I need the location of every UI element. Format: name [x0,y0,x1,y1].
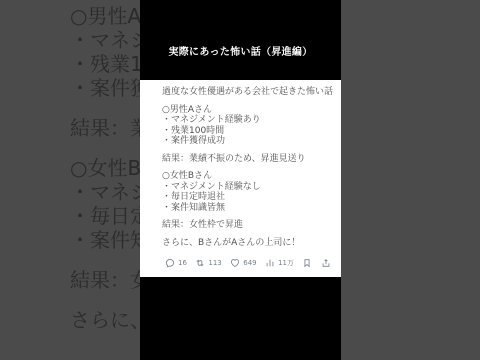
share-icon [321,258,331,268]
bg-line: ○男性Aさん [70,4,140,28]
tweet-line: ・マネジメント経験あり [162,115,335,126]
reply-count: 16 [178,260,187,267]
bg-line: ・毎日定時退社 [70,204,140,228]
bg-line: ・残業100時間 [70,52,140,76]
share-button[interactable] [321,258,331,268]
tweet-line: 結果：業績不振のため、昇進見送り [162,154,335,165]
bg-line: ・案件知識皆無 [70,228,140,252]
tweet-engagement-bar: 16 113 649 11万 [165,256,331,270]
bg-line: ○女性Bさん [70,156,140,180]
bg-line: 結果：女性枠で昇進 [70,268,140,292]
tweet-line: ・案件獲得成功 [162,136,335,147]
video-title: 実際にあった怖い話（昇進編） [168,43,312,58]
video-bottom-letterbox [140,277,341,360]
tweet-line: さらに、BさんがAさんの上司に！ [162,238,335,249]
repost-button[interactable]: 113 [195,258,221,268]
video-frame[interactable]: ○男性Aさん ・マネジメント経験あり ・残業100時間 ・案件獲得成功 結果：業… [0,0,480,360]
background-text-layer: ○男性Aさん ・マネジメント経験あり ・残業100時間 ・案件獲得成功 結果：業… [0,0,140,360]
like-count: 649 [243,260,256,267]
tweet-line: ・マネジメント経験なし [162,182,335,193]
bookmark-icon [302,258,312,268]
tweet-line: 過度な女性優遇がある会社で起きた怖い話 [162,87,335,98]
reply-button[interactable]: 16 [165,258,187,268]
bar-chart-icon [265,258,275,268]
views-button[interactable]: 11万 [265,258,294,268]
bg-line: ・案件獲得成功 [70,76,140,100]
views-count: 11万 [278,260,294,267]
tweet-line: ・残業100時間 [162,126,335,137]
bookmark-button[interactable] [302,258,312,268]
reply-bubble-icon [165,258,175,268]
repost-arrows-icon [195,258,205,268]
tweet-card: 過度な女性優遇がある会社で起きた怖い話 ○男性Aさん ・マネジメント経験あり ・… [140,80,341,277]
background-tweet-text: ○男性Aさん ・マネジメント経験あり ・残業100時間 ・案件獲得成功 結果：業… [70,4,140,332]
bg-line: ・マネジメント経験なし [70,180,140,204]
tweet-line: ・案件知識皆無 [162,203,335,214]
tweet-line: ○女性Bさん [162,171,335,182]
bg-line: 結果：業績不振のため、昇進見送り [70,116,140,140]
tweet-line: ○男性Aさん [162,105,335,116]
bg-line: さらに、BさんがAさんの上司に！ [70,308,140,332]
like-button[interactable]: 649 [230,258,256,268]
video-title-bar: 実際にあった怖い話（昇進編） [140,0,341,80]
heart-icon [230,258,240,268]
backdrop-right [341,0,480,360]
tweet-line: 結果：女性枠で昇進 [162,220,335,231]
short-video-column: 実際にあった怖い話（昇進編） 過度な女性優遇がある会社で起きた怖い話 ○男性Aさ… [140,0,341,360]
bg-line: ・マネジメント経験あり [70,28,140,52]
repost-count: 113 [208,260,221,267]
tweet-line: ・毎日定時退社 [162,192,335,203]
